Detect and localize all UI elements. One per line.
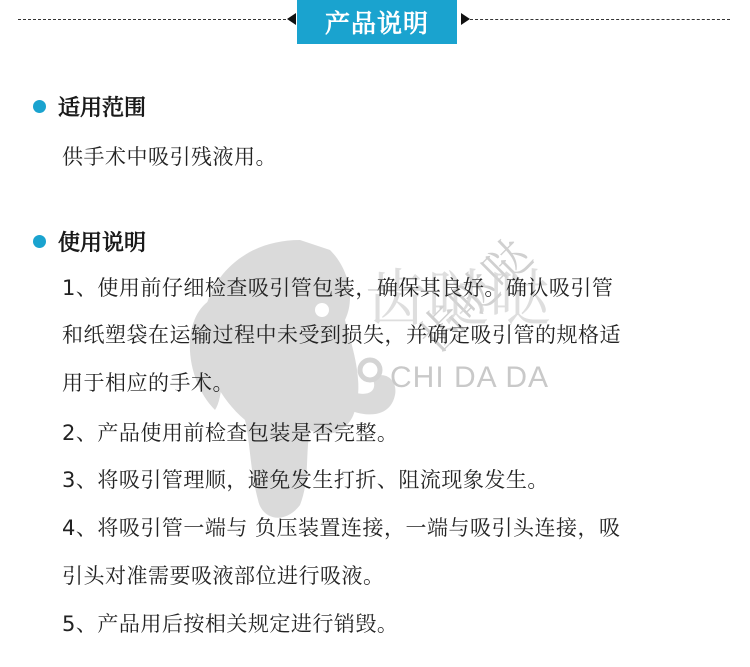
svg-text:CHI DA DA: CHI DA DA [390, 361, 549, 394]
section-heading-usage: 使用说明 [33, 226, 146, 257]
bullet-dot-icon [33, 100, 46, 113]
section-title: 适用范围 [58, 91, 146, 122]
body-line: 供手术中吸引残液用。 [62, 141, 277, 171]
body-line: 5、产品用后按相关规定进行销毁。 [62, 608, 398, 638]
body-line: 3、将吸引管理顺，避免发生打折、阻流现象发生。 [62, 464, 549, 494]
section-header: 产品说明 [0, 0, 750, 48]
body-line: 和纸塑袋在运输过程中未受到损失，并确定吸引管的规格适 [62, 319, 621, 349]
divider-right [470, 19, 730, 20]
body-line: 用于相应的手术。 [62, 367, 234, 397]
body-line: 2、产品使用前检查包装是否完整。 [62, 417, 398, 447]
bullet-dot-icon [33, 235, 46, 248]
section-title: 使用说明 [58, 226, 146, 257]
section-heading-scope: 适用范围 [33, 91, 146, 122]
body-line: 4、将吸引管一端与 负压装置连接，一端与吸引头连接，吸 [62, 512, 621, 542]
arrow-left-icon [287, 13, 296, 25]
divider-left [18, 19, 286, 20]
body-line: 1、使用前仔细检查吸引管包装，确保其良好。确认吸引管 [62, 272, 613, 302]
body-line: 引头对准需要吸液部位进行吸液。 [62, 560, 385, 590]
arrow-right-icon [461, 13, 470, 25]
page-title: 产品说明 [297, 0, 457, 44]
